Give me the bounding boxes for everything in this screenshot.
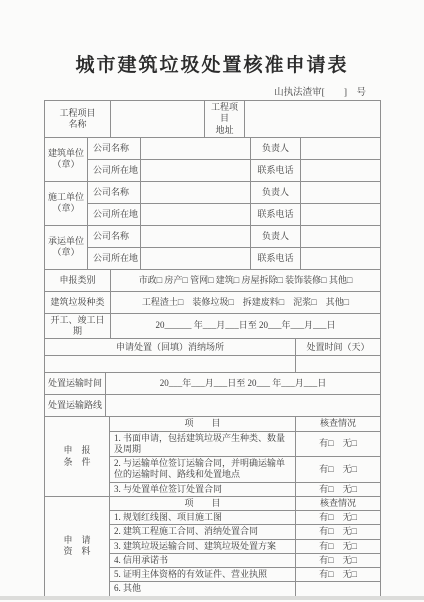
company-address-label: 公司所在地 [88, 159, 141, 181]
table-row: 申 报 条 件 项 目 核查情况 [45, 417, 381, 431]
section-units: 建筑单位 （章） 公司名称 负责人 公司所在地 联系电话 施工单位 （章） 公司… [44, 137, 381, 270]
material-item-text: 5. 证明主体资格的有效证件、营业执照 [110, 568, 296, 582]
doc-number: 山执法渣审[ ] 号 [44, 84, 380, 98]
unit-role-label: 施工单位 （章） [45, 181, 88, 225]
table-row: 申请处置（回填）消纳场所 处置时间（天） [45, 339, 381, 356]
materials-item-header: 项 目 [110, 496, 296, 510]
company-name-value [141, 181, 251, 203]
company-name-value [141, 137, 251, 159]
table-row: 开工、竣工日期 20______ 年___月___日至 20___年___月__… [45, 313, 381, 339]
materials-section-label: 申 请 资 料 [45, 496, 110, 596]
phone-value [301, 203, 381, 225]
company-name-label: 公司名称 [88, 137, 141, 159]
disposal-site-header: 申请处置（回填）消纳场所 [45, 339, 296, 356]
material-item-check [296, 582, 381, 596]
page-title: 城市建筑垃圾处置核准申请表 [0, 50, 424, 77]
material-item-check: 有□ 无□ [296, 568, 381, 582]
table-row: 施工单位 （章） 公司名称 负责人 [45, 181, 381, 203]
table-row: 处置运输路线 [45, 395, 381, 417]
waste-type-options: 工程渣土□ 装修垃圾□ 拆建废料□ 泥浆□ 其他□ [111, 291, 381, 313]
phone-label: 联系电话 [251, 247, 301, 269]
work-dates-value: 20______ 年___月___日至 20___年___月___日 [111, 313, 381, 339]
waste-type-label: 建筑垃圾种类 [45, 291, 111, 313]
material-item-text: 4. 信用承诺书 [110, 553, 296, 567]
manager-value [301, 181, 381, 203]
table-row: 承运单位 （章） 公司名称 负责人 [45, 225, 381, 247]
company-name-label: 公司名称 [88, 181, 141, 203]
table-row: 申 请 资 料 项 目 核查情况 [45, 496, 381, 510]
category-options: 市政□ 房产□ 管网□ 建筑□ 房屋拆除□ 装饰装修□ 其他□ [111, 269, 381, 291]
manager-value [301, 225, 381, 247]
phone-value [301, 247, 381, 269]
transport-route-label: 处置运输路线 [45, 395, 106, 417]
condition-item-text: 1. 书面申请，包括建筑垃圾产生种类、数量及周期 [110, 431, 296, 457]
disposal-days-value [296, 356, 381, 373]
scan-edge-shadow [0, 596, 424, 600]
section-materials: 申 请 资 料 项 目 核查情况 1. 规划红线图、项目施工图 有□ 无□ 2.… [44, 496, 381, 597]
section-disposal-site: 申请处置（回填）消纳场所 处置时间（天） [44, 338, 381, 373]
category-label: 申报类别 [45, 269, 111, 291]
materials-check-header: 核查情况 [296, 496, 381, 510]
company-name-value [141, 225, 251, 247]
company-address-value [141, 203, 251, 225]
company-address-value [141, 247, 251, 269]
material-item-check: 有□ 无□ [296, 511, 381, 525]
condition-item-check: 有□ 无□ [296, 431, 381, 457]
material-item-text: 2. 建筑工程施工合同、消纳处置合同 [110, 525, 296, 539]
unit-role-label: 承运单位 （章） [45, 225, 88, 269]
manager-label: 负责人 [251, 181, 301, 203]
condition-item-check: 有□ 无□ [296, 482, 381, 496]
project-name-label: 工程项目 名称 [45, 101, 111, 138]
material-item-check: 有□ 无□ [296, 553, 381, 567]
material-item-check: 有□ 无□ [296, 525, 381, 539]
work-dates-label: 开工、竣工日期 [45, 313, 111, 339]
section-transport: 处置运输时间 20___年___月___日至 20___ 年___月___日 处… [44, 372, 381, 417]
manager-label: 负责人 [251, 137, 301, 159]
transport-time-value: 20___年___月___日至 20___ 年___月___日 [106, 373, 381, 395]
project-name-value [111, 101, 205, 138]
manager-value [301, 137, 381, 159]
disposal-days-header: 处置时间（天） [296, 339, 381, 356]
condition-item-check: 有□ 无□ [296, 457, 381, 483]
transport-route-value [106, 395, 381, 417]
company-address-value [141, 159, 251, 181]
material-item-text: 3. 建筑垃圾运输合同、建筑垃圾处置方案 [110, 539, 296, 553]
conditions-check-header: 核查情况 [296, 417, 381, 431]
company-address-label: 公司所在地 [88, 203, 141, 225]
condition-item-text: 2. 与运输单位签订运输合同，并明确运输单位的运输时间、路线和处置地点 [110, 457, 296, 483]
conditions-item-header: 项 目 [110, 417, 296, 431]
table-row [45, 356, 381, 373]
manager-label: 负责人 [251, 225, 301, 247]
project-address-value [245, 101, 381, 138]
table-row: 工程项目 名称 工程项目 地址 [45, 101, 381, 138]
company-name-label: 公司名称 [88, 225, 141, 247]
table-row: 公司所在地 联系电话 [45, 159, 381, 181]
table-row: 处置运输时间 20___年___月___日至 20___ 年___月___日 [45, 373, 381, 395]
section-category: 申报类别 市政□ 房产□ 管网□ 建筑□ 房屋拆除□ 装饰装修□ 其他□ 建筑垃… [44, 269, 381, 340]
phone-label: 联系电话 [251, 203, 301, 225]
phone-value [301, 159, 381, 181]
table-row: 公司所在地 联系电话 [45, 247, 381, 269]
transport-time-label: 处置运输时间 [45, 373, 106, 395]
conditions-section-label: 申 报 条 件 [45, 417, 110, 497]
section-project: 工程项目 名称 工程项目 地址 [44, 100, 381, 138]
material-item-text: 6. 其他 [110, 582, 296, 596]
application-form-table: 工程项目 名称 工程项目 地址 建筑单位 （章） 公司名称 负责人 公司所在地 … [44, 100, 380, 597]
project-address-label: 工程项目 地址 [205, 101, 245, 138]
table-row: 申报类别 市政□ 房产□ 管网□ 建筑□ 房屋拆除□ 装饰装修□ 其他□ [45, 269, 381, 291]
table-row: 建筑单位 （章） 公司名称 负责人 [45, 137, 381, 159]
material-item-text: 1. 规划红线图、项目施工图 [110, 511, 296, 525]
section-conditions: 申 报 条 件 项 目 核查情况 1. 书面申请，包括建筑垃圾产生种类、数量及周… [44, 416, 381, 497]
table-row: 建筑垃圾种类 工程渣土□ 装修垃圾□ 拆建废料□ 泥浆□ 其他□ [45, 291, 381, 313]
unit-role-label: 建筑单位 （章） [45, 137, 88, 181]
company-address-label: 公司所在地 [88, 247, 141, 269]
condition-item-text: 3. 与处置单位签订处置合同 [110, 482, 296, 496]
disposal-site-value [45, 356, 296, 373]
table-row: 公司所在地 联系电话 [45, 203, 381, 225]
phone-label: 联系电话 [251, 159, 301, 181]
material-item-check: 有□ 无□ [296, 539, 381, 553]
